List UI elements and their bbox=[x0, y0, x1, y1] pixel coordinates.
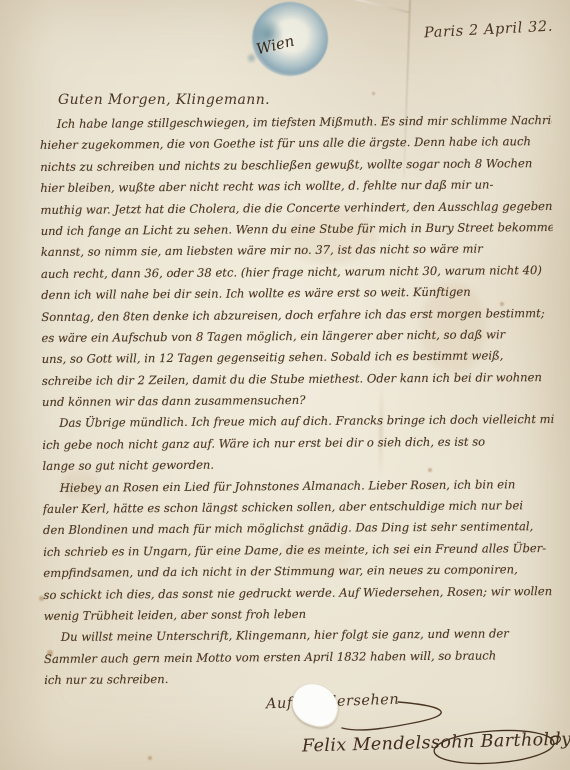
paper-crease bbox=[349, 0, 410, 13]
letter-line: schreibe ich dir 2 Zeilen, damit du die … bbox=[42, 367, 554, 392]
foxing-spot bbox=[148, 756, 152, 760]
wax-seal-speck bbox=[247, 52, 256, 64]
foxing-spot bbox=[372, 92, 375, 95]
letter-line: so schickt ich dies, das sonst nie gedru… bbox=[43, 581, 555, 606]
letter-line: Sammler auch gern mein Motto vom ersten … bbox=[44, 645, 556, 670]
signature: Felix Mendelssohn Bartholdy bbox=[302, 729, 570, 756]
salutation: Guten Morgen, Klingemann. bbox=[58, 92, 270, 108]
dateline: Paris 2 April 32. bbox=[424, 19, 554, 42]
letter-line: auch recht, dann 36, oder 38 etc. (hier … bbox=[41, 260, 553, 285]
letter-line: ich gebe noch nicht ganz auf. Wäre ich n… bbox=[42, 431, 554, 456]
letter-page: Wien Paris 2 April 32. Guten Morgen, Kli… bbox=[0, 0, 570, 770]
letter-body: Ich habe lange stillgeschwiegen, im tief… bbox=[40, 110, 557, 692]
